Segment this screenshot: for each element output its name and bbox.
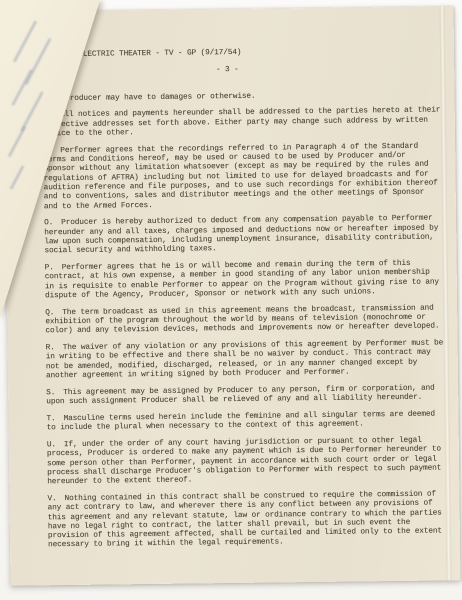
contract-paragraph-t: T.Masculine terms used herein include th… <box>46 410 444 433</box>
paragraph-text: Masculine terms used herein include the … <box>47 410 435 432</box>
paragraph-text: If, under the order of any court having … <box>47 437 441 487</box>
photo-backdrop: GENERAL ELECTRIC THEATER - TV - GP (9/17… <box>0 0 462 600</box>
paragraph-letter: U. <box>47 441 56 449</box>
paragraph-letter: T. <box>46 415 55 423</box>
contract-paragraph-u: U.If, under the order of any court havin… <box>47 436 446 487</box>
paragraph-letter: R. <box>46 344 55 352</box>
folded-corner <box>0 0 110 320</box>
paragraph-letter: S. <box>46 389 55 397</box>
contract-paragraph-v: V.Nothing contained in this contract sha… <box>47 490 446 551</box>
contract-paragraph-s: S.This agreement may be assigned by Prod… <box>46 384 444 407</box>
showthrough-text-mark <box>11 69 32 106</box>
paragraph-text: This agreement may be assigned by Produc… <box>46 384 434 406</box>
showthrough-text-mark <box>8 126 27 157</box>
folded-corner-paper <box>0 0 110 320</box>
showthrough-text-mark <box>13 20 37 62</box>
paragraph-letter: V. <box>47 495 56 503</box>
contract-paragraph-r: R.The waiver of any violation or any pro… <box>46 340 444 382</box>
paragraph-text: The waiver of any violation or any provi… <box>46 340 443 381</box>
paragraph-text: Nothing contained in this contract shall… <box>48 491 442 550</box>
showthrough-text-mark <box>10 165 25 189</box>
